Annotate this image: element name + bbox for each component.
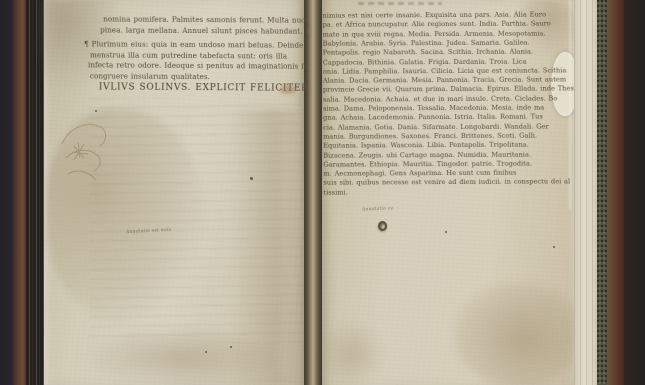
text-line: onia. Lidia. Pamphilia. Isauria. Cilicia…: [323, 67, 567, 75]
wormhole: [378, 221, 387, 231]
book-cover-left-edge: [11, 0, 26, 385]
left-page-text-block: nomina pomifera. Palmites samonis ferunt…: [84, 13, 311, 104]
text-line: Babylonia. Arabia. Syria. Palestina. Jud…: [323, 39, 530, 47]
text-line: menstrua illa cum putredine tabefacta su…: [90, 51, 287, 59]
text-line: suis sibi. quibus necesse est venire ad …: [323, 179, 570, 187]
text-line: provincie Grecie vii. Quarum prima. Dalm…: [323, 86, 574, 94]
text-line: gna. Achaia. Lacedemonia. Pannonia. Istr…: [323, 114, 543, 122]
manuscript-photo: nomina pomifera. Palmites samonis ferunt…: [0, 0, 645, 385]
trimmed-header-ghost: [358, 2, 442, 5]
speck: [230, 346, 232, 348]
text-line: Garamantes. Ethiopia. Mauritia. Tingodor…: [323, 160, 532, 168]
text-line: cia. Alamania. Gotia. Dania. Sifarmate. …: [323, 123, 549, 131]
text-line: Pentapolis. regio Nabaroth. Sacina. Scit…: [323, 49, 533, 57]
text-line: mate in qua xviii regna. Media. Persida.…: [323, 30, 546, 38]
right-page-text-block: nimius est nisi certe insanie. Exquisita…: [322, 9, 575, 202]
speck: [95, 110, 97, 112]
speck: [250, 177, 253, 180]
text-line: sima. Dama. Peloponensis. Tessalia. Mace…: [323, 105, 544, 113]
text-line: mania. Burgundiones. Saxones. Franci. Br…: [323, 132, 537, 140]
marginal-sketch: [56, 116, 116, 191]
ink-smudge: [280, 85, 296, 94]
book-cover-right-edge: [607, 0, 625, 385]
text-line: m. Aecmonephagi. Gens Asparima. He sunt …: [323, 170, 516, 178]
speck: [205, 351, 207, 353]
explicit-line: IVLIVS SOLINVS. EXPLICIT FELICITER.: [99, 83, 310, 93]
text-line: tissimi.: [323, 189, 348, 196]
text-line: pa. et Africa nuncupatur. Alie regiones …: [323, 21, 551, 29]
text-line: salia. Macedonia. Achaia. et due in mari…: [323, 95, 557, 103]
text-line: ¶ Plurimum eius: quia in eam undoso mari…: [84, 40, 303, 49]
text-line: infecta retro odore. Ideoque si penitus …: [88, 61, 310, 70]
gutter-fold-line: [316, 0, 318, 385]
text-line: nomina pomifera. Palmites samonis ferunt…: [103, 15, 309, 23]
show-through-text-ghost: [90, 98, 302, 343]
text-line: Alania. Dacia. Germania. Mesia. Pannonia…: [323, 76, 566, 84]
speck: [553, 246, 555, 248]
text-line: Equitania. Ispania. Wasconia. Libia. Pen…: [323, 142, 529, 150]
text-line: congruere insularum qualitates.: [90, 72, 210, 80]
text-line: pinea. larga mellana. Annuel silunt pisc…: [100, 26, 310, 35]
photo-background-right: [624, 0, 645, 385]
speck: [445, 231, 447, 233]
text-line: Cappadocia. Bithinia. Galatia. Frigia. D…: [323, 58, 527, 66]
text-line: nimius est nisi certe insanie. Exquisita…: [323, 11, 547, 19]
text-line: Bizacena. Zeugis. ubi Cartago magna. Num…: [323, 151, 531, 159]
fore-edge-leaves: [574, 0, 599, 385]
